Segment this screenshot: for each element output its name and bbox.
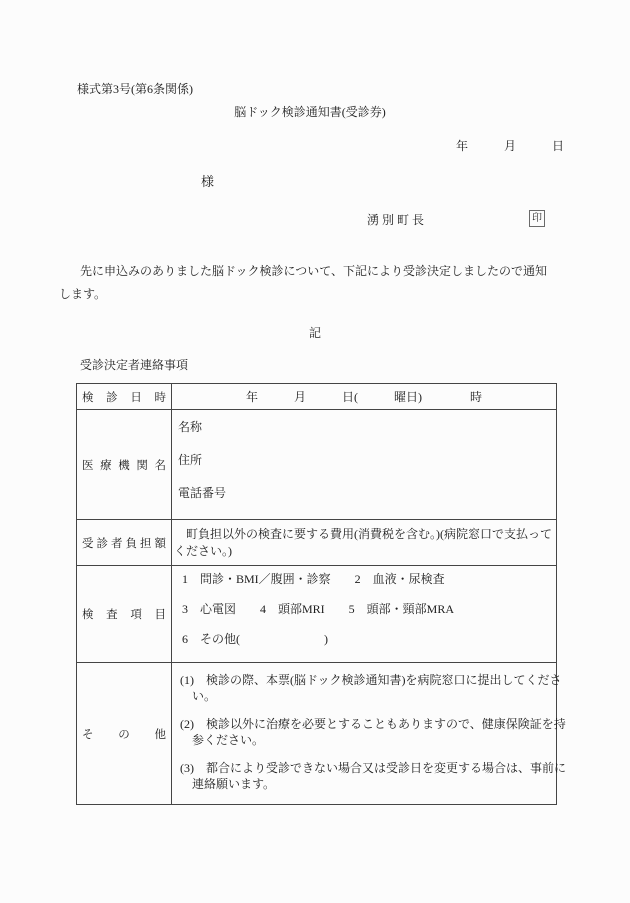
copay-description-line: 町負担以外の検査に要する費用(消費税を含む。)(病院窓口で支払って — [174, 526, 552, 543]
note-item-3: (3) 都合により受診できない場合又は受診日を変更する場合は、事前に 連絡願いま… — [180, 760, 552, 792]
notice-body-text: 先に申込みのありました脳ドック検診について、下記により受診決定しましたので通知 … — [59, 260, 559, 306]
record-separator: 記 — [0, 324, 630, 341]
document-title: 脳ドック検診通知書(受診券) — [0, 103, 630, 120]
exam-item-line: 3 心電図 4 頭部MRI 5 頭部・頸部MRA — [182, 602, 552, 616]
institution-name-line: 名称 — [178, 420, 552, 434]
notice-body-line: 先に申込みのありました脳ドック検診について、下記により受診決定しましたので通知 — [59, 260, 559, 283]
table-row: 医療機関名 名称 住所 電話番号 — [77, 410, 557, 520]
exam-datetime-blank: 年 月 日( 曜日) 時 — [172, 384, 557, 410]
notice-body-line: します。 — [59, 283, 559, 306]
form-number-label: 様式第3号(第6条関係) — [77, 80, 193, 97]
exam-item-line: 6 その他( ) — [182, 632, 552, 646]
label-medical-institution: 医療機関名 — [77, 410, 172, 520]
issue-date-line: 年 月 日 — [456, 137, 564, 154]
note-line: 参ください。 — [180, 732, 552, 748]
label-other-notes: その他 — [77, 663, 172, 805]
exam-items-list: 1 問診・BMI／腹囲・診察 2 血液・尿検査 3 心電図 4 頭部MRI 5 … — [172, 566, 557, 663]
other-notes-list: (1) 検診の際、本票(脳ドック検診通知書)を病院窓口に提出してくださ い。 (… — [172, 663, 557, 805]
note-line: 連絡願います。 — [180, 776, 552, 792]
label-exam-datetime: 検診日時 — [77, 384, 172, 410]
copay-description-line: ください。) — [174, 543, 552, 560]
label-exam-items: 検査項目 — [77, 566, 172, 663]
note-line: (2) 検診以外に治療を必要とすることもありますので、健康保険証を持 — [180, 716, 552, 732]
note-line: (3) 都合により受診できない場合又は受診日を変更する場合は、事前に — [180, 760, 552, 776]
sender-title: 湧別町長 — [367, 211, 427, 228]
label-patient-copay: 受診者負担額 — [77, 520, 172, 566]
brain-dock-notice-page: 様式第3号(第6条関係) 脳ドック検診通知書(受診券) 年 月 日 様 湧別町長… — [0, 0, 630, 903]
institution-address-line: 住所 — [178, 453, 552, 467]
note-item-2: (2) 検診以外に治療を必要とすることもありますので、健康保険証を持 参ください… — [180, 716, 552, 748]
copay-description: 町負担以外の検査に要する費用(消費税を含む。)(病院窓口で支払って ください。) — [172, 520, 557, 566]
table-row: 検診日時 年 月 日( 曜日) 時 — [77, 384, 557, 410]
addressee-honorific: 様 — [201, 171, 214, 190]
note-item-1: (1) 検診の際、本票(脳ドック検診通知書)を病院窓口に提出してくださ い。 — [180, 672, 552, 704]
note-line: い。 — [180, 688, 552, 704]
recipient-contact-table: 検診日時 年 月 日( 曜日) 時 医療機関名 名称 住所 電話番号 受診者負担… — [76, 383, 557, 805]
table-row: その他 (1) 検診の際、本票(脳ドック検診通知書)を病院窓口に提出してくださ … — [77, 663, 557, 805]
table-row: 検査項目 1 問診・BMI／腹囲・診察 2 血液・尿検査 3 心電図 4 頭部M… — [77, 566, 557, 663]
institution-phone-line: 電話番号 — [178, 486, 552, 500]
inkan-seal-box: 印 — [529, 210, 545, 227]
medical-institution-fields: 名称 住所 電話番号 — [172, 410, 557, 520]
note-line: (1) 検診の際、本票(脳ドック検診通知書)を病院窓口に提出してくださ — [180, 672, 552, 688]
exam-item-line: 1 問診・BMI／腹囲・診察 2 血液・尿検査 — [182, 572, 552, 586]
table-section-heading: 受診決定者連絡事項 — [80, 356, 188, 373]
table-row: 受診者負担額 町負担以外の検査に要する費用(消費税を含む。)(病院窓口で支払って… — [77, 520, 557, 566]
